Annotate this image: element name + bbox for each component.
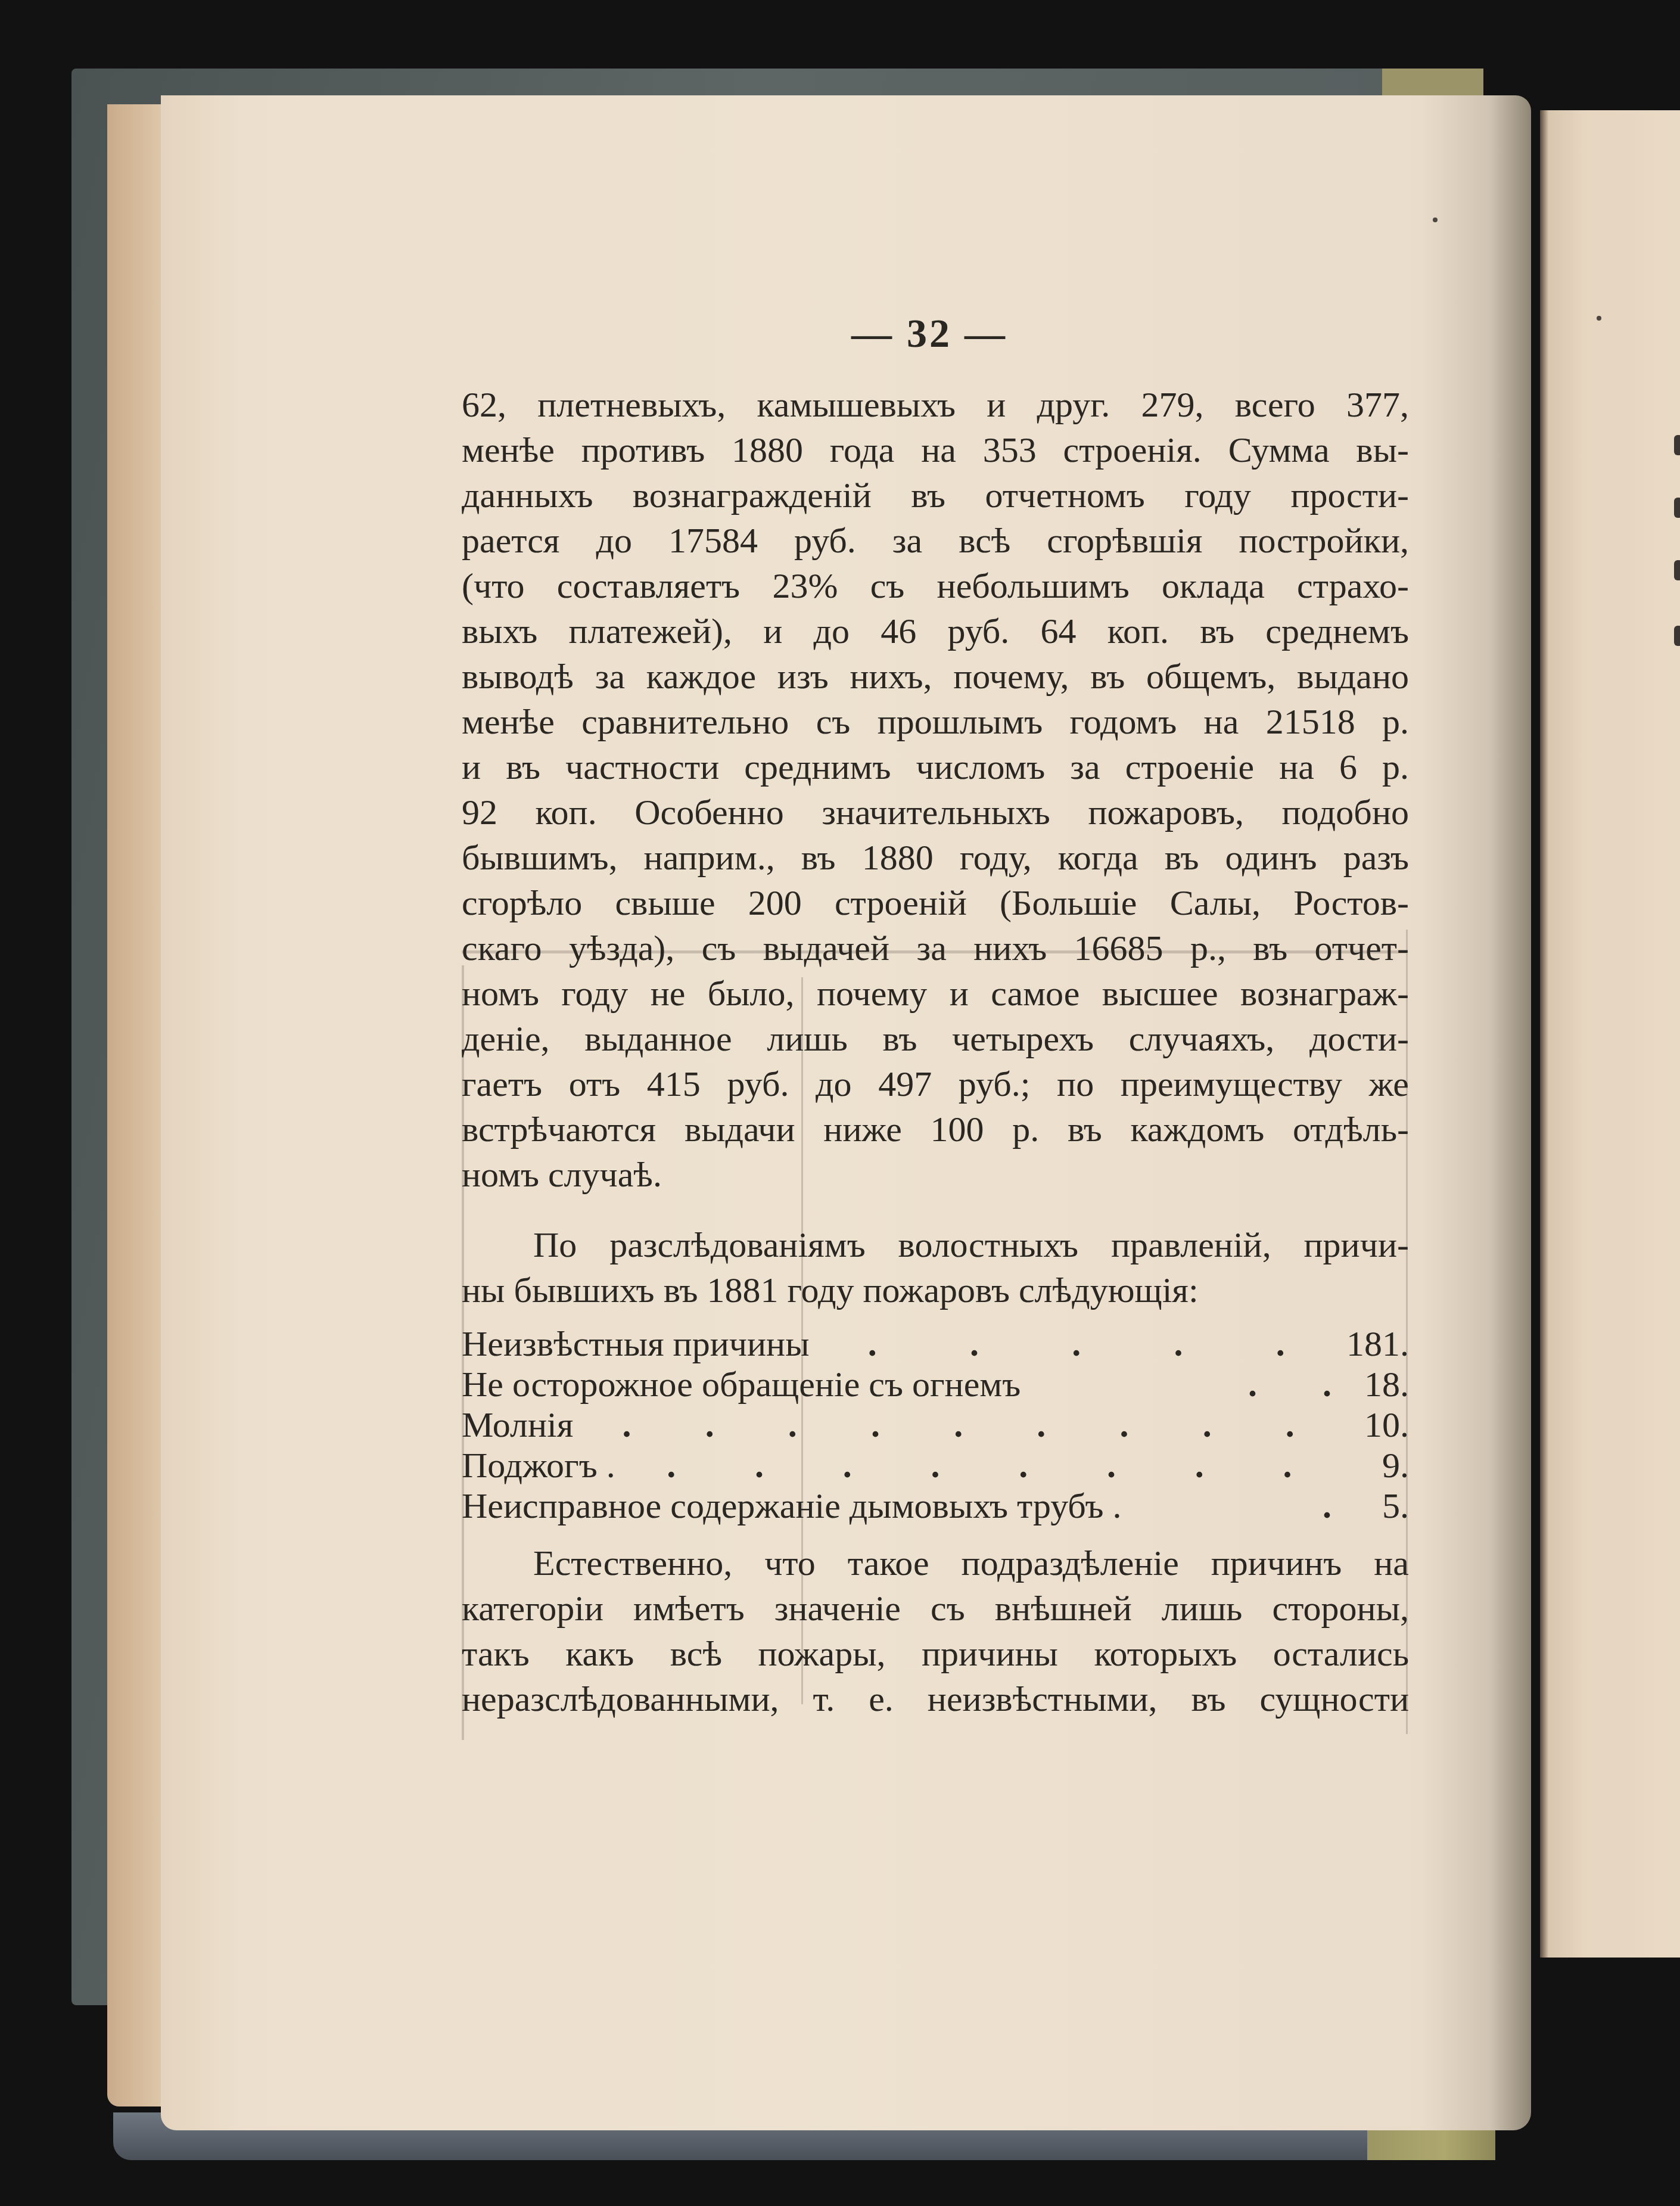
facing-page-glyph xyxy=(1674,435,1680,455)
text-line: сгорѣло свыше 200 строеній (Большіе Салы… xyxy=(462,880,1409,925)
paragraph-1: 62, плетневыхъ, камышевыхъ и друг. 279, … xyxy=(462,382,1409,1197)
text-line: 62, плетневыхъ, камышевыхъ и друг. 279, … xyxy=(462,382,1409,427)
leader-dots: ......... xyxy=(573,1405,1343,1445)
paper-speck xyxy=(1597,316,1601,321)
facing-page-glyph xyxy=(1674,498,1680,518)
cause-label: Не осторожное обращеніе съ огнемъ xyxy=(462,1364,1021,1405)
text-line: встрѣчаются выдачи ниже 100 р. въ каждом… xyxy=(462,1107,1409,1152)
page-number: — 32 — xyxy=(462,310,1409,357)
text-line: неразслѣдованными, т. е. неизвѣстными, в… xyxy=(462,1676,1409,1722)
text-line: По разслѣдованіямъ волостныхъ правленій,… xyxy=(462,1222,1409,1267)
text-line: данныхъ вознагражденій въ отчетномъ году… xyxy=(462,473,1409,518)
text-line: ны бывшихъ въ 1881 году пожаровъ слѣдующ… xyxy=(462,1267,1409,1313)
page-text-block: — 32 — 62, плетневыхъ, камышевыхъ и друг… xyxy=(462,310,1409,1722)
cause-count: 181. xyxy=(1343,1323,1409,1364)
cause-row-chimneys: Неисправное содержаніе дымовыхъ трубъ . … xyxy=(462,1486,1409,1526)
text-line: скаго уѣзда), съ выдачей за нихъ 16685 р… xyxy=(462,925,1409,971)
fire-causes-list: Неизвѣстныя причины ..... 181. Не осторо… xyxy=(462,1323,1409,1526)
leader-dots: ..... xyxy=(809,1323,1343,1364)
text-line: такъ какъ всѣ пожары, причины которыхъ о… xyxy=(462,1631,1409,1676)
text-line: (что составляетъ 23% съ небольшимъ оклад… xyxy=(462,563,1409,608)
text-line: бывшимъ, наприм., въ 1880 году, когда въ… xyxy=(462,835,1409,880)
text-line: номъ году не было, почему и самое высшее… xyxy=(462,971,1409,1016)
paragraph-3: Естественно, что такое подраздѣленіе при… xyxy=(462,1540,1409,1722)
text-line: 92 коп. Особенно значительныхъ пожаровъ,… xyxy=(462,790,1409,835)
leader-dots: ........ xyxy=(615,1445,1343,1486)
text-line: рается до 17584 руб. за всѣ сгорѣвшія по… xyxy=(462,518,1409,563)
cause-label: Неизвѣстныя причины xyxy=(462,1323,809,1364)
cause-count: 5. xyxy=(1343,1486,1409,1526)
facing-page xyxy=(1540,110,1680,1958)
cause-count: 10. xyxy=(1343,1405,1409,1445)
cause-row-unknown: Неизвѣстныя причины ..... 181. xyxy=(462,1323,1409,1364)
leader-dots: . xyxy=(1121,1486,1343,1526)
cause-row-lightning: Молнія ......... 10. xyxy=(462,1405,1409,1445)
text-line: выхъ платежей), и до 46 руб. 64 коп. въ … xyxy=(462,608,1409,654)
text-line: категоріи имѣетъ значеніе съ внѣшней лиш… xyxy=(462,1586,1409,1631)
text-line: Естественно, что такое подраздѣленіе при… xyxy=(462,1540,1409,1586)
cause-count: 18. xyxy=(1343,1364,1409,1405)
text-line: менѣе сравнительно съ прошлымъ годомъ на… xyxy=(462,699,1409,744)
cause-label: Неисправное содержаніе дымовыхъ трубъ . xyxy=(462,1486,1121,1526)
cause-row-careless: Не осторожное обращеніе съ огнемъ .. 18. xyxy=(462,1364,1409,1405)
text-line: гаетъ отъ 415 руб. до 497 руб.; по преим… xyxy=(462,1061,1409,1107)
text-line: менѣе противъ 1880 года на 353 строенія.… xyxy=(462,427,1409,473)
bookmark-ribbon-top xyxy=(1382,69,1483,95)
text-line: выводѣ за каждое изъ нихъ, почему, въ об… xyxy=(462,654,1409,699)
cause-row-arson: Поджогъ . ........ 9. xyxy=(462,1445,1409,1486)
facing-page-glyph xyxy=(1674,626,1680,646)
leader-dots: .. xyxy=(1021,1364,1343,1405)
cause-count: 9. xyxy=(1343,1445,1409,1486)
paper-speck xyxy=(1433,218,1438,222)
facing-page-glyph xyxy=(1674,560,1680,580)
paragraph-2: По разслѣдованіямъ волостныхъ правленій,… xyxy=(462,1222,1409,1313)
text-line: и въ частности среднимъ числомъ за строе… xyxy=(462,744,1409,790)
text-line: деніе, выданное лишь въ четырехъ случаях… xyxy=(462,1016,1409,1061)
cause-label: Молнія xyxy=(462,1405,573,1445)
cause-label: Поджогъ . xyxy=(462,1445,615,1486)
text-line: номъ случаѣ. xyxy=(462,1152,1409,1197)
